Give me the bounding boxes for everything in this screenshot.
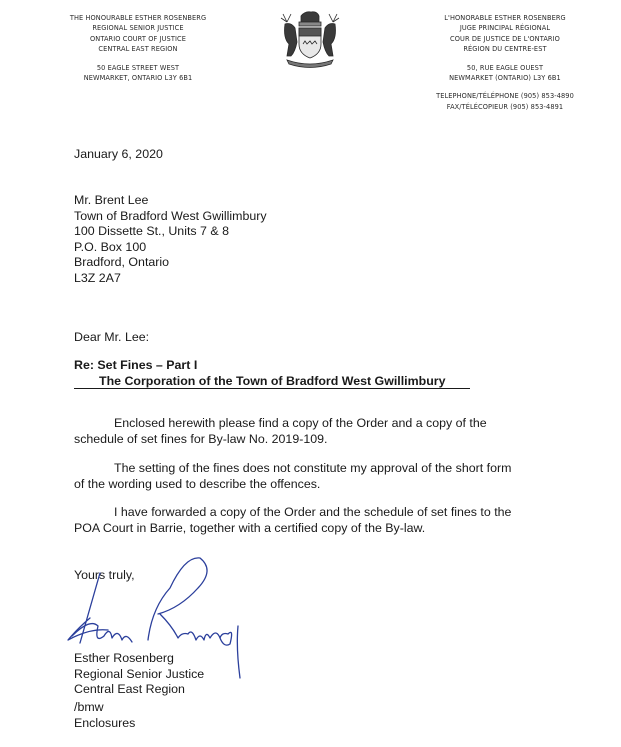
region-fr: Région du Centre-Est	[410, 44, 600, 54]
fax: Fax/Télécopieur (905) 853-4891	[410, 102, 600, 112]
paragraph-line: I have forwarded a copy of the Order and…	[114, 505, 511, 519]
telephone: Telephone/Téléphone (905) 853-4890	[410, 91, 600, 101]
recipient-name: Mr. Brent Lee	[74, 193, 267, 209]
court-name-fr: Cour de justice de l'Ontario	[410, 34, 600, 44]
court-name-en: Ontario Court of Justice	[48, 34, 228, 44]
recipient-organization: Town of Bradford West Gwillimbury	[74, 209, 267, 225]
handwritten-signature-icon	[60, 548, 260, 688]
enclosures-note: Enclosures	[74, 716, 135, 732]
salutation: Dear Mr. Lee:	[74, 330, 149, 344]
judge-name-fr: L'Honorable Esther Rosenberg	[410, 13, 600, 23]
letter-date: January 6, 2020	[74, 147, 163, 161]
paragraph-line: schedule of set fines for By-law No. 201…	[74, 432, 554, 448]
paragraph-line: of the wording used to describe the offe…	[74, 477, 554, 493]
city-address-en: Newmarket, Ontario L3Y 6B1	[48, 73, 228, 83]
subject-line: Re: Set Fines – Part I	[74, 358, 197, 372]
typist-initials: /bmw	[74, 700, 135, 716]
judge-title-fr: Juge principal régional	[410, 23, 600, 33]
initials-block: /bmw Enclosures	[74, 700, 135, 731]
paragraph-line: Enclosed herewith please find a copy of …	[114, 416, 487, 430]
subject-corporation-text: The Corporation of the Town of Bradford …	[99, 374, 445, 388]
paragraph-enclosed: Enclosed herewith please find a copy of …	[74, 416, 554, 447]
coat-of-arms-icon	[277, 8, 343, 70]
letterhead-english: The Honourable Esther Rosenberg Regional…	[48, 13, 228, 83]
subject-line-corporation: The Corporation of the Town of Bradford …	[74, 374, 470, 389]
region-en: Central East Region	[48, 44, 228, 54]
recipient-city: Bradford, Ontario	[74, 255, 267, 271]
letterhead-french: L'Honorable Esther Rosenberg Juge princi…	[410, 13, 600, 112]
recipient-street: 100 Dissette St., Units 7 & 8	[74, 224, 267, 240]
paragraph-approval: The setting of the fines does not consti…	[74, 461, 554, 492]
paragraph-line: The setting of the fines does not consti…	[114, 461, 511, 475]
judge-title-en: Regional Senior Justice	[48, 23, 228, 33]
paragraph-line: POA Court in Barrie, together with a cer…	[74, 521, 554, 537]
city-address-fr: Newmarket (Ontario) L3Y 6B1	[410, 73, 600, 83]
paragraph-forwarded: I have forwarded a copy of the Order and…	[74, 505, 554, 536]
street-address-en: 50 Eagle Street West	[48, 63, 228, 73]
recipient-po-box: P.O. Box 100	[74, 240, 267, 256]
recipient-address: Mr. Brent Lee Town of Bradford West Gwil…	[74, 193, 267, 286]
street-address-fr: 50, rue Eagle Ouest	[410, 63, 600, 73]
judge-name-en: The Honourable Esther Rosenberg	[48, 13, 228, 23]
recipient-postal-code: L3Z 2A7	[74, 271, 267, 287]
